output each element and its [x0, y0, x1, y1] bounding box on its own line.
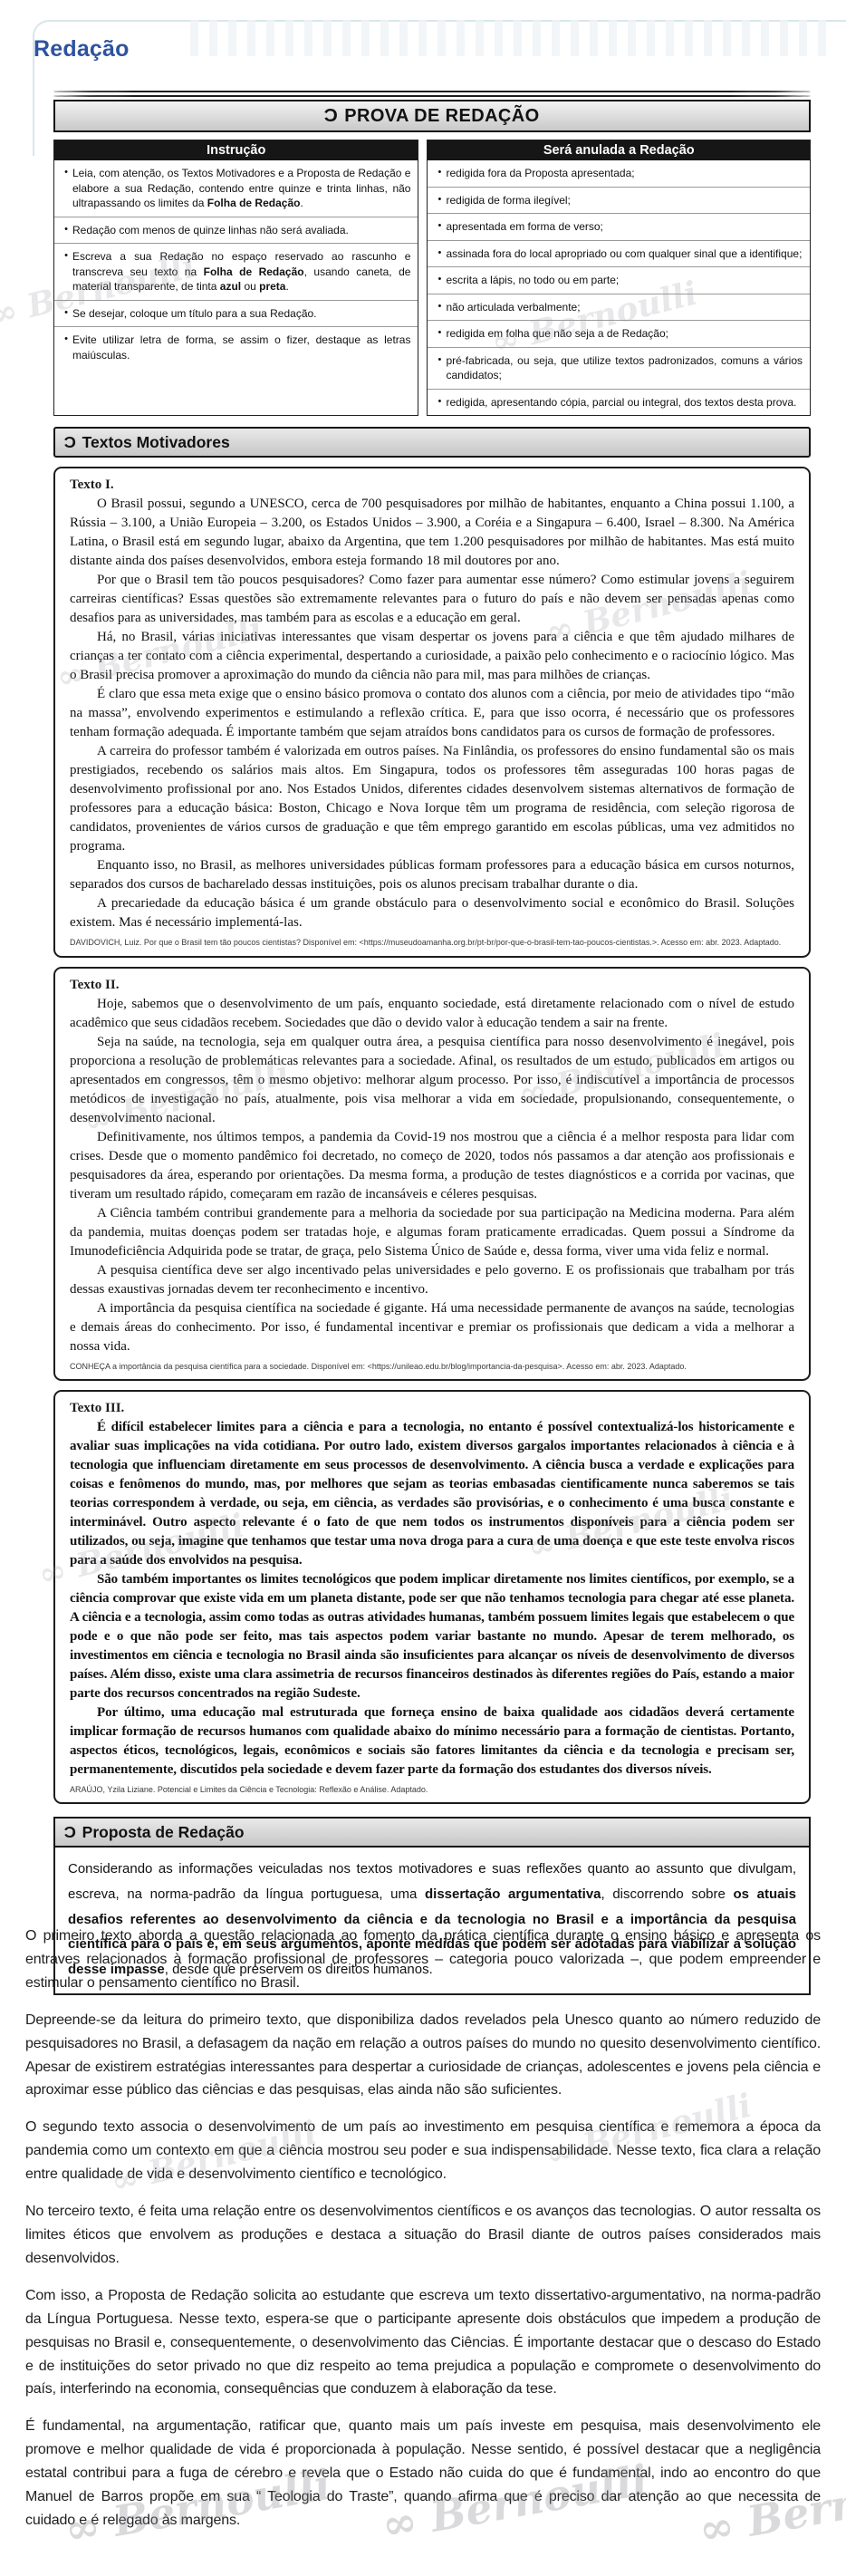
bullet-icon: •	[60, 223, 72, 238]
texto-paragraph: A carreira do professor também é valoriz…	[70, 742, 794, 856]
bullet-icon: •	[433, 246, 446, 262]
texto-paragraph: É claro que essa meta exige que o ensino…	[70, 685, 794, 742]
bullet-icon: •	[433, 300, 446, 315]
list-item: •redigida de forma ilegível;	[428, 188, 810, 215]
texto-paragraph: É difícil estabelecer limites para a ciê…	[70, 1418, 794, 1570]
bullet-icon: •	[433, 273, 446, 288]
texto-paragraph: Hoje, sabemos que o desenvolvimento de u…	[70, 995, 794, 1033]
texto-paragraph: São também importantes os limites tecnol…	[70, 1570, 794, 1703]
bullet-icon: •	[433, 326, 446, 342]
list-item: •redigida em folha que não seja a de Red…	[428, 321, 810, 348]
proposta-title: Proposta de Redação	[82, 1823, 245, 1841]
texto-paragraph: Por último, uma educação mal estruturada…	[70, 1703, 794, 1780]
texto-paragraph: Por que o Brasil tem tão poucos pesquisa…	[70, 571, 794, 628]
instrucao-header: Instrução	[54, 140, 418, 160]
texto-1-box: Texto I. O Brasil possui, segundo a UNES…	[53, 467, 811, 957]
list-item: •Evite utilizar letra de forma, se assim…	[54, 327, 418, 368]
list-item: •pré-fabricada, ou seja, que utilize tex…	[428, 348, 810, 390]
commentary-paragraph: Depreende-se da leitura do primeiro text…	[25, 2009, 821, 2103]
list-item: •redigida, apresentando cópia, parcial o…	[428, 390, 810, 416]
prova-header-bar: ƆPROVA DE REDAÇÃO	[53, 100, 811, 132]
list-item: •assinada fora do local apropriado ou co…	[428, 241, 810, 268]
page-title: Redação	[34, 36, 130, 63]
texto-paragraph: Há, no Brasil, várias iniciativas intere…	[70, 628, 794, 685]
commentary-paragraph: Com isso, a Proposta de Redação solicita…	[25, 2284, 821, 2402]
texto-paragraph: A Ciência também contribui grandemente p…	[70, 1204, 794, 1261]
banner-stripes-decoration	[190, 20, 837, 56]
instrucao-list: •Leia, com atenção, os Textos Motivadore…	[54, 160, 418, 368]
anulada-box: Será anulada a Redação •redigida fora da…	[427, 140, 811, 416]
section-marker-icon: Ɔ	[324, 106, 339, 127]
list-item: •Leia, com atenção, os Textos Motivadore…	[54, 160, 418, 217]
list-item: •Escreva a sua Redação no espaço reserva…	[54, 244, 418, 301]
texto-paragraph: Definitivamente, nos últimos tempos, a p…	[70, 1128, 794, 1204]
texto-3-box: Texto III. É difícil estabelecer limites…	[53, 1390, 811, 1804]
texto-paragraph: Seja na saúde, na tecnologia, seja em qu…	[70, 1033, 794, 1128]
list-item: •Se desejar, coloque um título para a su…	[54, 301, 418, 328]
proposta-bar: ƆProposta de Redação	[53, 1817, 811, 1848]
bullet-icon: •	[433, 219, 446, 235]
texto-paragraph: A precariedade da educação básica é um g…	[70, 894, 794, 932]
bullet-icon: •	[60, 166, 72, 211]
list-item: •redigida fora da Proposta apresentada;	[428, 160, 810, 188]
texto-paragraph: O Brasil possui, segundo a UNESCO, cerca…	[70, 495, 794, 571]
bullet-icon: •	[433, 193, 446, 208]
bullet-icon: •	[60, 306, 72, 322]
list-item: •apresentada em forma de verso;	[428, 214, 810, 241]
list-item: •Redação com menos de quinze linhas não …	[54, 217, 418, 245]
texto-1-title: Texto I.	[70, 478, 794, 493]
section-marker-icon: Ɔ	[64, 1823, 76, 1842]
texto-paragraph: Enquanto isso, no Brasil, as melhores un…	[70, 856, 794, 894]
scan-rule-line	[53, 95, 811, 97]
scan-rule-line	[53, 91, 811, 92]
anulada-header: Será anulada a Redação	[428, 140, 810, 160]
commentary-section: O primeiro texto aborda a questão relaci…	[25, 1925, 821, 2546]
texto-paragraph: A importância da pesquisa científica na …	[70, 1299, 794, 1356]
texto-3-source: ARAÚJO, Yzila Liziane. Potencial e Limit…	[70, 1785, 794, 1795]
textos-motivadores-bar: ƆTextos Motivadores	[53, 427, 811, 458]
texto-1-source: DAVIDOVICH, Luiz. Por que o Brasil tem t…	[70, 938, 794, 948]
anulada-list: •redigida fora da Proposta apresentada; …	[428, 160, 810, 415]
commentary-paragraph: O primeiro texto aborda a questão relaci…	[25, 1925, 821, 1995]
texto-2-box: Texto II. Hoje, sabemos que o desenvolvi…	[53, 967, 811, 1381]
commentary-paragraph: O segundo texto associa o desenvolviment…	[25, 2116, 821, 2186]
texto-2-source: CONHEÇA a importância da pesquisa cientí…	[70, 1362, 794, 1372]
texto-paragraph: A pesquisa científica deve ser algo ince…	[70, 1261, 794, 1299]
exam-sheet: ƆPROVA DE REDAÇÃO Instrução •Leia, com a…	[53, 91, 811, 1995]
prova-title: PROVA DE REDAÇÃO	[344, 106, 539, 126]
list-item: •escrita a lápis, no todo ou em parte;	[428, 267, 810, 294]
bullet-icon: •	[433, 166, 446, 181]
instructions-columns: Instrução •Leia, com atenção, os Textos …	[53, 140, 811, 416]
bullet-icon: •	[433, 353, 446, 383]
textos-motivadores-title: Textos Motivadores	[82, 433, 230, 451]
list-item: •não articulada verbalmente;	[428, 294, 810, 322]
bullet-icon: •	[60, 333, 72, 362]
bullet-icon: •	[433, 395, 446, 410]
bullet-icon: •	[60, 249, 72, 294]
commentary-paragraph: É fundamental, na argumentação, ratifica…	[25, 2415, 821, 2533]
commentary-paragraph: No terceiro texto, é feita uma relação e…	[25, 2200, 821, 2271]
texto-2-title: Texto II.	[70, 978, 794, 993]
instrucao-box: Instrução •Leia, com atenção, os Textos …	[53, 140, 418, 416]
texto-3-title: Texto III.	[70, 1401, 794, 1416]
section-marker-icon: Ɔ	[64, 433, 76, 452]
